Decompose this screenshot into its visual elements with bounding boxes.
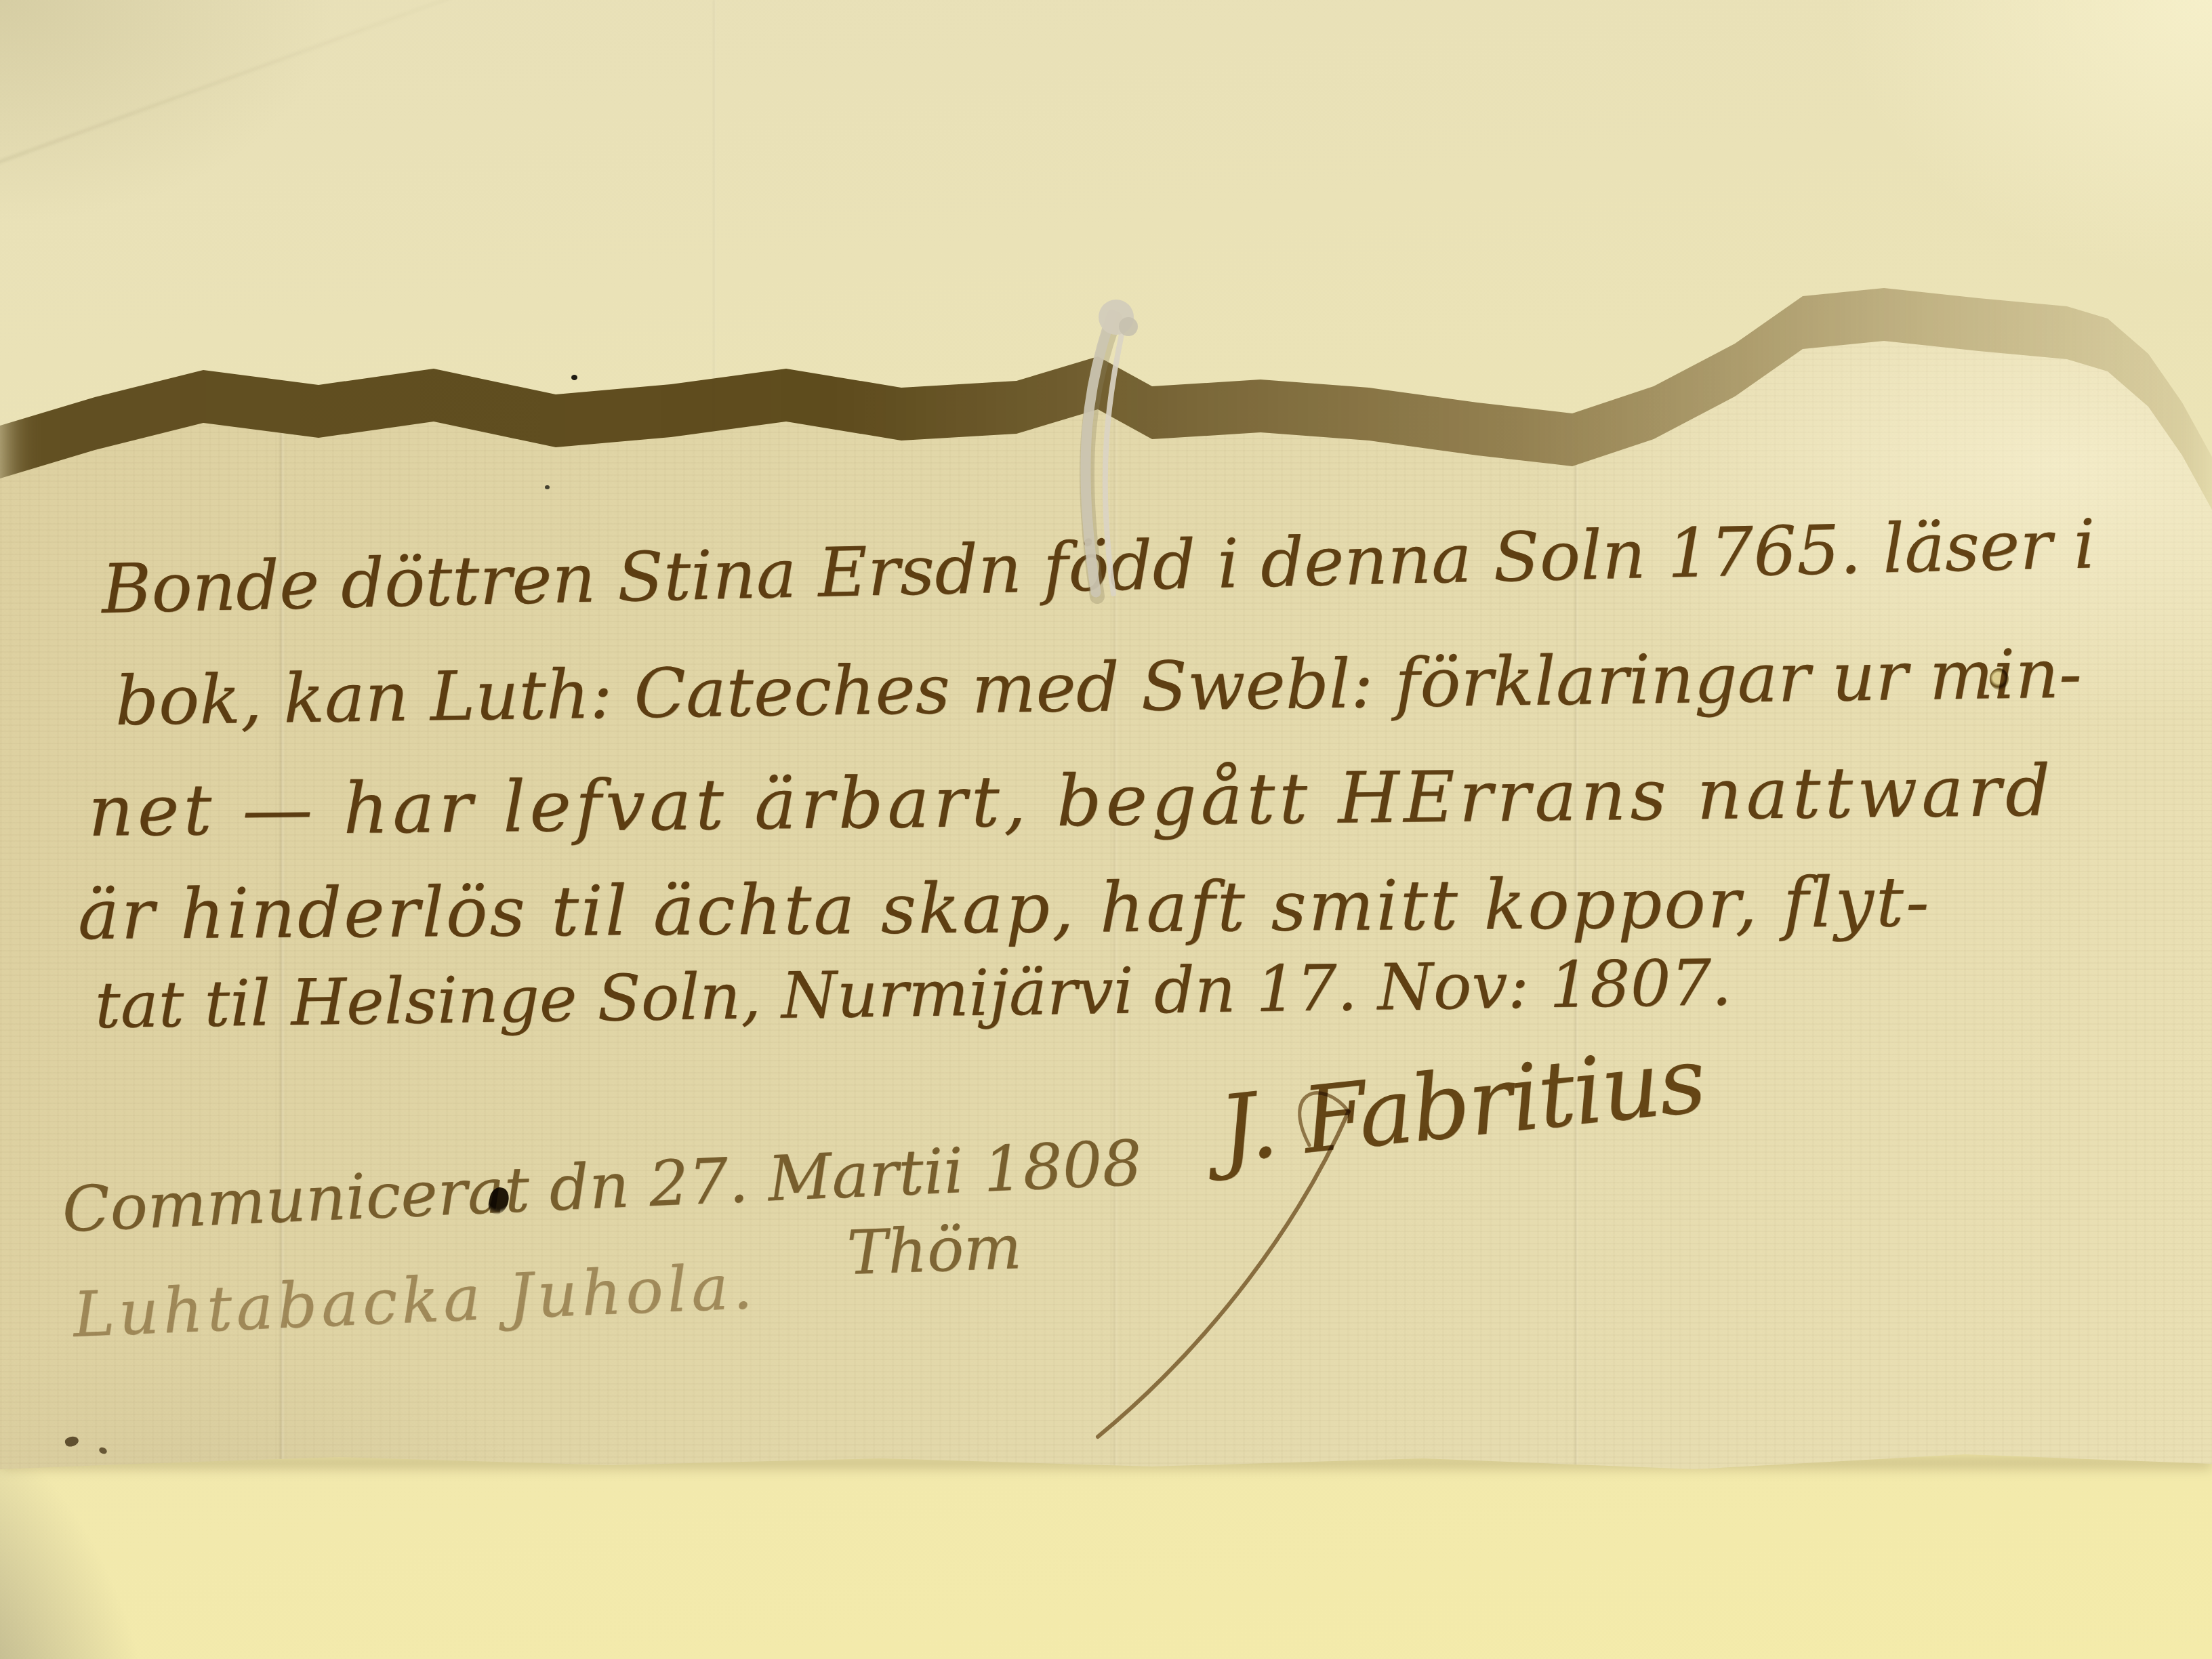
handwritten-line-4: är hinderlös til ächta skap, haft smitt … [78,868,1931,950]
handwritten-certificate: Bonde döttren Stina Ersdn född i denna S… [0,0,2212,1659]
communion-initials: Thöm [846,1217,1023,1284]
handwritten-line-5: tat til Helsinge Soln, Nurmijärvi dn 17.… [94,951,1732,1038]
ink-speck [571,375,577,380]
paper-hole [1990,668,2009,690]
ink-speck [545,485,550,489]
place-note: Luhtabacka Juhola. [72,1256,758,1347]
handwritten-line-3: net — har lefvat ärbart, begått HErrans … [87,756,2055,846]
backing-paper-crease [713,0,716,434]
paper-fiber [1047,291,1203,617]
handwritten-line-2: bok, kan Luth: Cateches med Swebl: förkl… [115,640,2082,735]
signature: J. Fabritius [1215,1033,1708,1175]
backing-paper-fold [0,0,459,172]
photo-of-certificate: Bonde döttren Stina Ersdn född i denna S… [0,0,2212,1659]
